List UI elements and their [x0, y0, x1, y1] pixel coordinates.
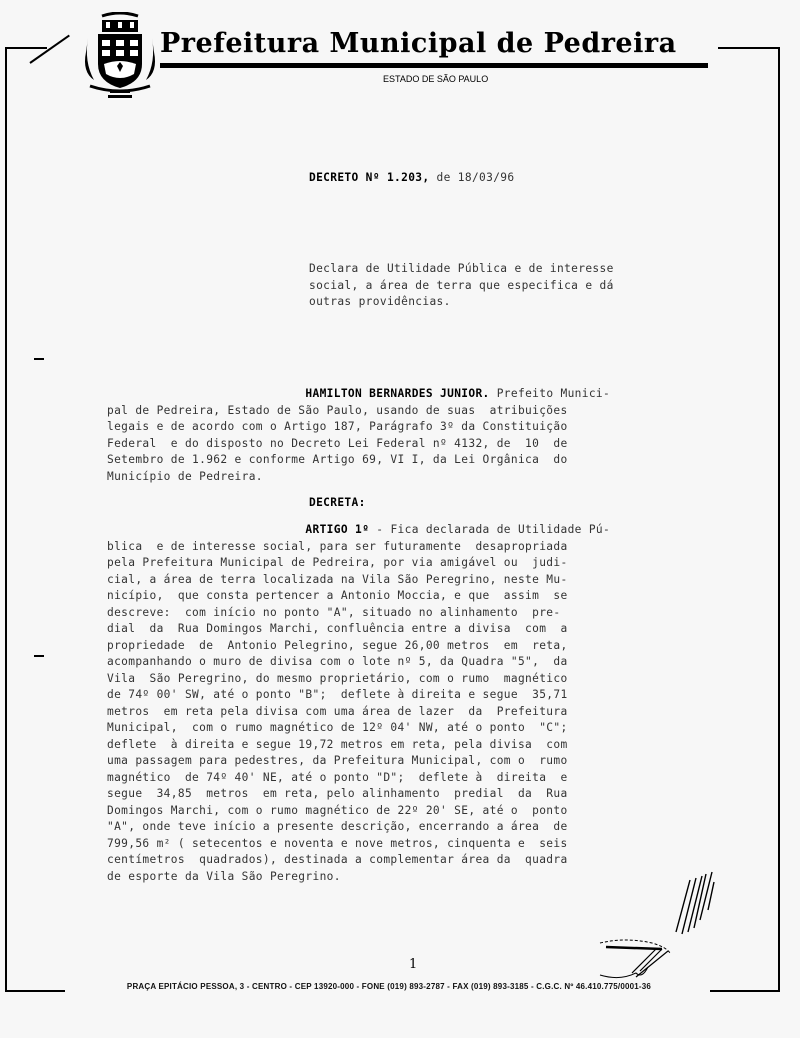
article-line: nicípio, que consta pertencer a Antonio … — [107, 588, 610, 605]
decree-number: DECRETO Nº 1.203, — [309, 171, 429, 184]
article-line: Domingos Marchi, com o rumo magnético de… — [107, 803, 610, 820]
preamble-line: Município de Pedreira. — [107, 469, 610, 486]
article-line: descreve: com início no ponto "A", situa… — [107, 605, 610, 622]
decree-date: de 18/03/96 — [429, 171, 514, 184]
decree-title: DECRETO Nº 1.203, de 18/03/96 — [309, 170, 514, 187]
page-border-bottom-right — [710, 990, 780, 992]
preamble-text: Prefeito Munici- — [490, 387, 610, 400]
article-line: pela Prefeitura Municipal de Pedreira, p… — [107, 555, 610, 572]
article-line: uma passagem para pedestres, da Prefeitu… — [107, 753, 610, 770]
scan-mark — [29, 35, 69, 64]
article-line: Vila São Peregrino, do mesmo proprietári… — [107, 671, 610, 688]
preamble-line: Federal e do disposto no Decreto Lei Fed… — [107, 436, 610, 453]
article-line: centímetros quadrados), destinada a comp… — [107, 852, 610, 869]
preamble-line: pal de Pedreira, Estado de São Paulo, us… — [107, 403, 610, 420]
decree-preamble: HAMILTON BERNARDES JUNIOR. Prefeito Muni… — [107, 386, 610, 485]
article-line: de 74º 00' SW, até o ponto "B"; deflete … — [107, 687, 610, 704]
article-line: deflete à direita e segue 19,72 metros e… — [107, 737, 610, 754]
article-line: Municipal, com o rumo magnético de 12º 0… — [107, 720, 610, 737]
article-line: segue 34,85 metros em reta, pelo alinham… — [107, 786, 610, 803]
summary-line: social, a área de terra que especifica e… — [309, 278, 614, 295]
letterhead-rule — [160, 63, 708, 68]
margin-mark — [34, 655, 44, 657]
article-text: - Fica declarada de Utilidade Pú- — [369, 523, 610, 536]
article-1: ARTIGO 1º - Fica declarada de Utilidade … — [107, 522, 610, 885]
decree-summary: Declara de Utilidade Pública e de intere… — [309, 261, 614, 311]
summary-line: outras providências. — [309, 294, 614, 311]
article-line: "A", onde teve início a presente descriç… — [107, 819, 610, 836]
initials-signature-icon — [668, 870, 718, 944]
article-first-line: ARTIGO 1º - Fica declarada de Utilidade … — [107, 522, 610, 539]
article-line: 799,56 m² ( setecentos e noventa e nove … — [107, 836, 610, 853]
page-border-right — [778, 47, 780, 992]
article-line: blica e de interesse social, para ser fu… — [107, 539, 610, 556]
preamble-first-line: HAMILTON BERNARDES JUNIOR. Prefeito Muni… — [107, 386, 610, 403]
handwritten-signature-icon — [596, 935, 686, 989]
preamble-line: legais e de acordo com o Artigo 187, Par… — [107, 419, 610, 436]
page-border-bottom-left — [5, 990, 65, 992]
page-border-left — [5, 47, 7, 992]
mayor-name: HAMILTON BERNARDES JUNIOR. — [305, 387, 489, 400]
margin-mark — [34, 358, 44, 360]
article-line: propriedade de Antonio Pelegrino, segue … — [107, 638, 610, 655]
article-line: magnético de 74º 40' NE, até o ponto "D"… — [107, 770, 610, 787]
letterhead-subtitle: ESTADO DE SÃO PAULO — [383, 74, 488, 84]
article-line: cial, a área de terra localizada na Vila… — [107, 572, 610, 589]
article-line: acompanhando o muro de divisa com o lote… — [107, 654, 610, 671]
article-line: metros em reta pela divisa com uma área … — [107, 704, 610, 721]
footer-address: PRAÇA EPITÁCIO PESSOA, 3 - CENTRO - CEP … — [68, 982, 710, 991]
decreta-heading: DECRETA: — [309, 495, 366, 512]
coat-of-arms-icon — [80, 12, 160, 100]
summary-line: Declara de Utilidade Pública e de intere… — [309, 261, 614, 278]
article-line: dial da Rua Domingos Marchi, confluência… — [107, 621, 610, 638]
article-line: de esporte da Vila São Peregrino. — [107, 869, 610, 886]
article-label: ARTIGO 1º — [305, 523, 369, 536]
preamble-line: Setembro de 1.962 e conforme Artigo 69, … — [107, 452, 610, 469]
page-number: 1 — [409, 957, 417, 972]
letterhead-title: Prefeitura Municipal de Pedreira — [160, 28, 677, 59]
page-border-top-left — [5, 47, 47, 49]
page-border-top-right — [718, 47, 780, 49]
